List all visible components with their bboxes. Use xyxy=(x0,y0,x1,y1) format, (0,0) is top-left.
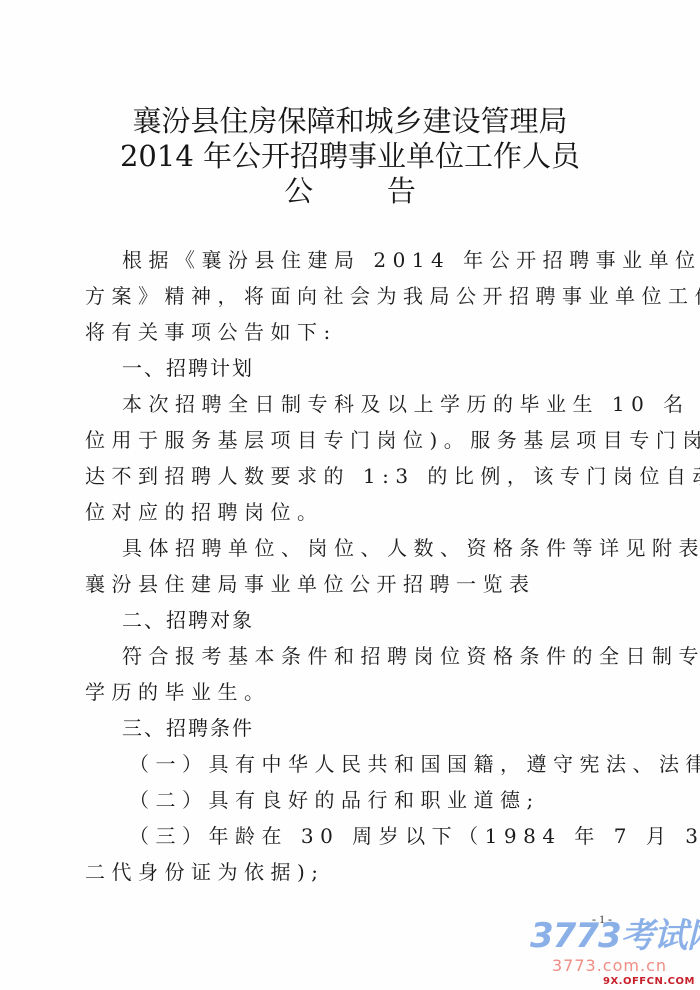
section2-para1-line-1: 符合报考基本条件和招聘岗位资格条件的全日制专科及以上 xyxy=(85,638,617,674)
section-heading-recruitment-conditions: 三、招聘条件 xyxy=(85,710,617,746)
section-heading-recruitment-plan: 一、招聘计划 xyxy=(85,350,617,386)
title-line-2: 2014 年公开招聘事业单位工作人员 xyxy=(0,139,700,174)
condition-item-2: （二）具有良好的品行和职业道德; xyxy=(85,782,617,818)
section1-para2-line-2: 襄汾县住建局事业单位公开招聘一览表 xyxy=(85,566,617,602)
condition-item-1: （一）具有中华人民共和国国籍，遵守宪法、法律和法规; xyxy=(85,746,617,782)
section1-para1-line-1: 本次招聘全日制专科及以上学历的毕业生 10 名（其中部分岗 xyxy=(85,386,617,422)
watermark-url: 3773.com.cn xyxy=(552,956,667,975)
watermark-logo: 3773考试网 xyxy=(530,918,700,954)
document-title: 襄汾县住房保障和城乡建设管理局 2014 年公开招聘事业单位工作人员 公 告 xyxy=(0,104,700,209)
section2-para1-line-2: 学历的毕业生。 xyxy=(85,674,617,710)
document-page: 襄汾县住房保障和城乡建设管理局 2014 年公开招聘事业单位工作人员 公 告 根… xyxy=(0,0,700,990)
condition-item-3: （三）年龄在 30 周岁以下（1984 年 7 月 31 日以后出生，以 xyxy=(85,818,617,854)
watermark-secondary: 9X.OFFCN.COM xyxy=(603,976,695,987)
section1-para1-line-3: 达不到招聘人数要求的 1:3 的比例，该专门岗位自动转为招聘单 xyxy=(85,458,617,494)
section1-para1-line-4: 位对应的招聘岗位。 xyxy=(85,494,617,530)
section-heading-recruitment-target: 二、招聘对象 xyxy=(85,602,617,638)
document-body: 根据《襄汾县住建局 2014 年公开招聘事业单位工作人员实施 方案》精神，将面向… xyxy=(85,242,617,890)
condition-item-3-cont: 二代身份证为依据); xyxy=(85,854,617,890)
intro-line-3: 将有关事项公告如下: xyxy=(85,314,617,350)
section1-para2-line-1: 具体招聘单位、岗位、人数、资格条件等详见附表: 2014 年 xyxy=(85,530,617,566)
title-line-3: 公 告 xyxy=(0,174,700,209)
intro-line-2: 方案》精神，将面向社会为我局公开招聘事业单位工作人员。现 xyxy=(85,278,617,314)
intro-line-1: 根据《襄汾县住建局 2014 年公开招聘事业单位工作人员实施 xyxy=(85,242,617,278)
section1-para1-line-2: 位用于服务基层项目专门岗位)。服务基层项目专门岗位报考人数 xyxy=(85,422,617,458)
title-line-1: 襄汾县住房保障和城乡建设管理局 xyxy=(0,104,700,139)
